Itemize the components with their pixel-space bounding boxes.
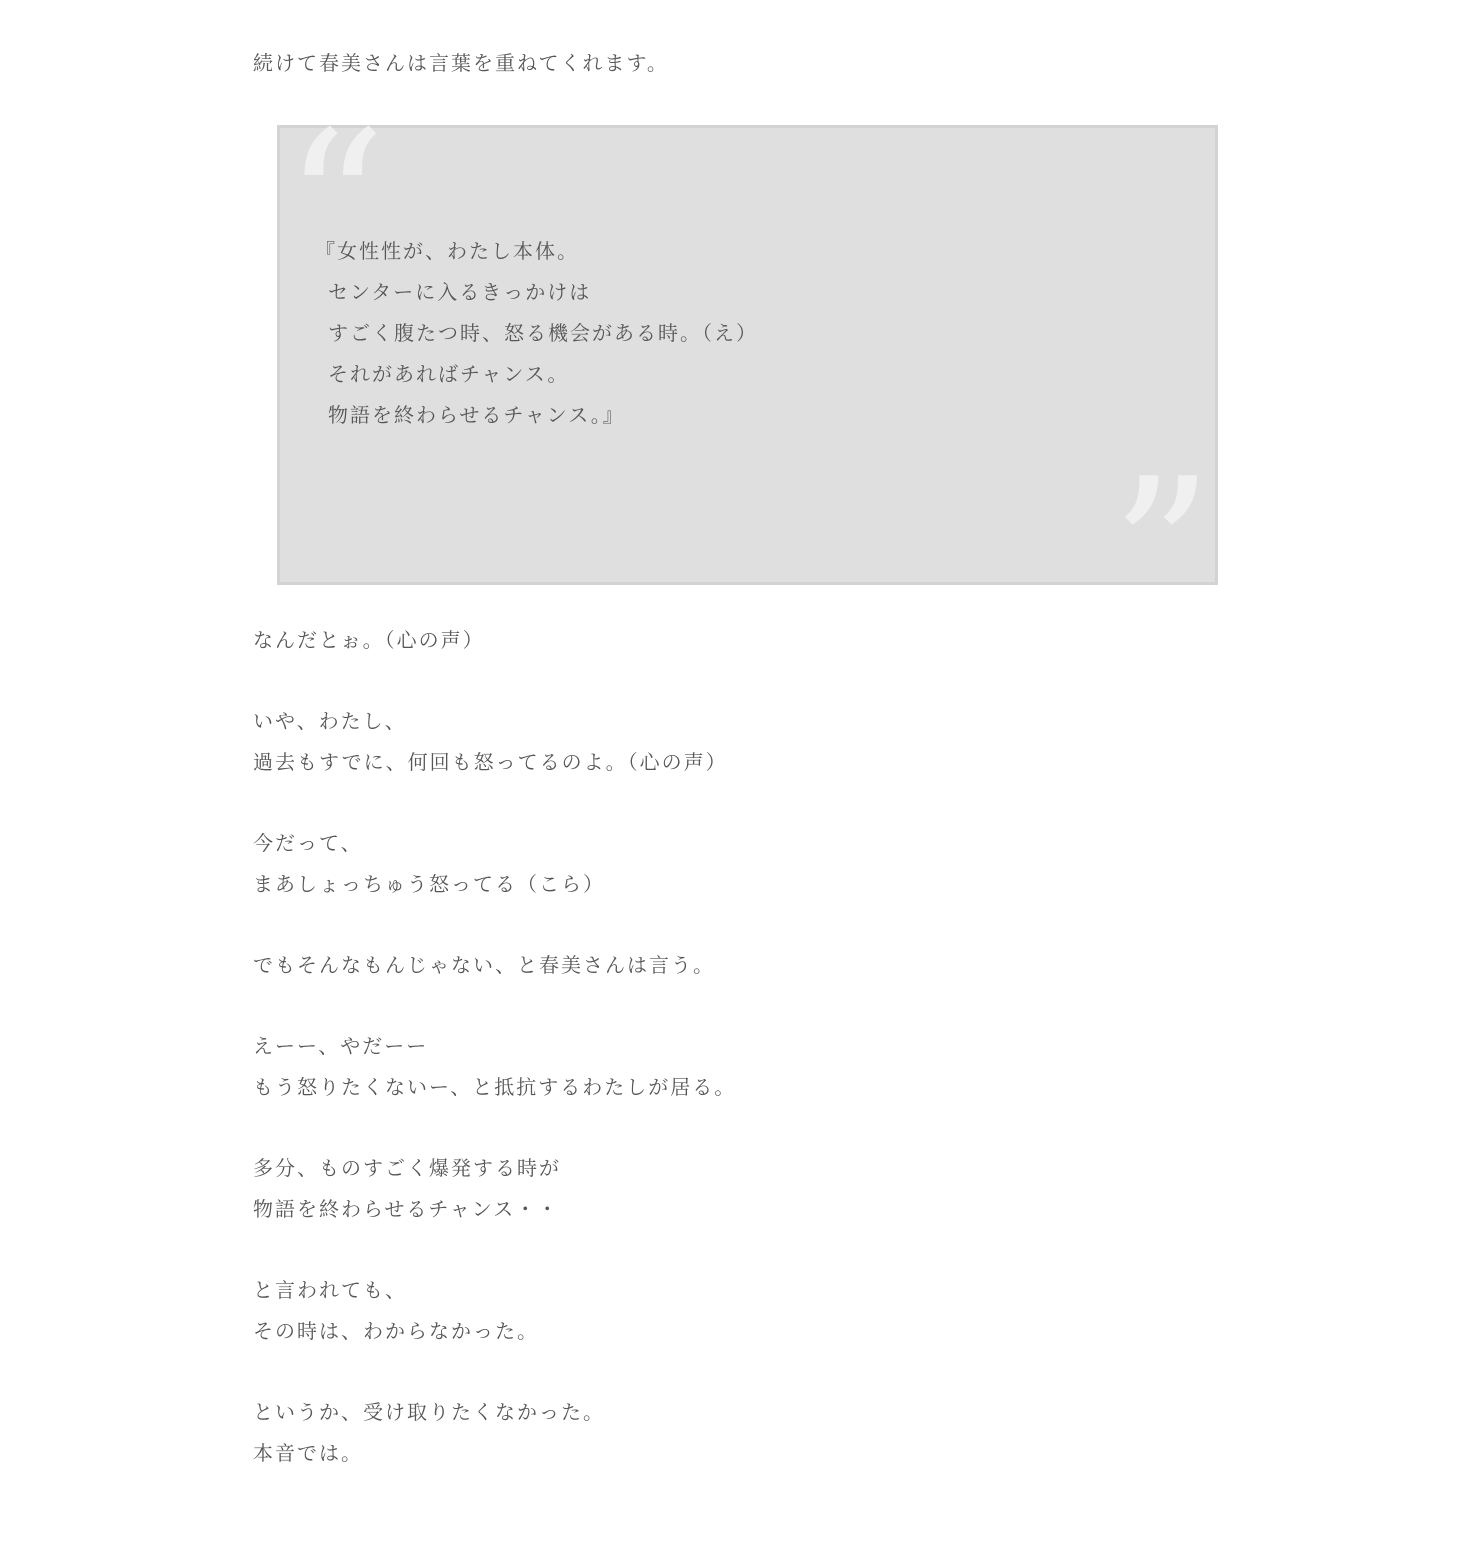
quote-line: センターに入るきっかけは — [315, 273, 1195, 314]
paragraph: と言われても、 その時は、わからなかった。 — [253, 1271, 1480, 1353]
intro-text: 続けて春美さんは言葉を重ねてくれます。 — [253, 44, 1480, 85]
quote-block: “ 『女性性が、わたし本体。 センターに入るきっかけは すごく腹たつ時、怒る機会… — [277, 125, 1218, 585]
paragraph: なんだとぉ。（心の声） — [253, 621, 1480, 662]
paragraph-line: なんだとぉ。（心の声） — [253, 621, 1480, 662]
paragraph-line: 過去もすでに、何回も怒ってるのよ。（心の声） — [253, 743, 1480, 784]
quote-line: 物語を終わらせるチャンス。』 — [315, 396, 1195, 437]
paragraph-line: まあしょっちゅう怒ってる（こら） — [253, 865, 1480, 906]
quote-line: すごく腹たつ時、怒る機会がある時。（え） — [315, 314, 1195, 355]
paragraph-line: 今だって、 — [253, 824, 1480, 865]
paragraph: でもそんなもんじゃない、と春美さんは言う。 — [253, 946, 1480, 987]
paragraph: えーー、やだーー もう怒りたくないー、と抵抗するわたしが居る。 — [253, 1027, 1480, 1109]
paragraph-line: と言われても、 — [253, 1271, 1480, 1312]
page: { "page": { "background": "#ffffff", "te… — [0, 0, 1480, 1553]
paragraph: 多分、ものすごく爆発する時が 物語を終わらせるチャンス・・ — [253, 1149, 1480, 1231]
paragraph-line: というか、受け取りたくなかった。 — [253, 1393, 1480, 1434]
paragraph-line: 物語を終わらせるチャンス・・ — [253, 1190, 1480, 1231]
paragraph-line: もう怒りたくないー、と抵抗するわたしが居る。 — [253, 1068, 1480, 1109]
paragraph-line: その時は、わからなかった。 — [253, 1312, 1480, 1353]
paragraph-line: 本音では。 — [253, 1434, 1480, 1475]
paragraph: 今だって、 まあしょっちゅう怒ってる（こら） — [253, 824, 1480, 906]
quote-text: 『女性性が、わたし本体。 センターに入るきっかけは すごく腹たつ時、怒る機会があ… — [280, 128, 1215, 437]
quote-line: 『女性性が、わたし本体。 — [315, 232, 1195, 273]
intro-paragraph: 続けて春美さんは言葉を重ねてくれます。 — [253, 44, 1480, 85]
paragraph-line: でもそんなもんじゃない、と春美さんは言う。 — [253, 946, 1480, 987]
paragraph-line: えーー、やだーー — [253, 1027, 1480, 1068]
paragraph: いや、わたし、 過去もすでに、何回も怒ってるのよ。（心の声） — [253, 702, 1480, 784]
article-content: 続けて春美さんは言葉を重ねてくれます。 “ 『女性性が、わたし本体。 センターに… — [0, 0, 1480, 1553]
paragraph-line: いや、わたし、 — [253, 702, 1480, 743]
quote-line: それがあればチャンス。 — [315, 355, 1195, 396]
paragraph: というか、受け取りたくなかった。 本音では。 — [253, 1393, 1480, 1475]
paragraph-line: 多分、ものすごく爆発する時が — [253, 1149, 1480, 1190]
